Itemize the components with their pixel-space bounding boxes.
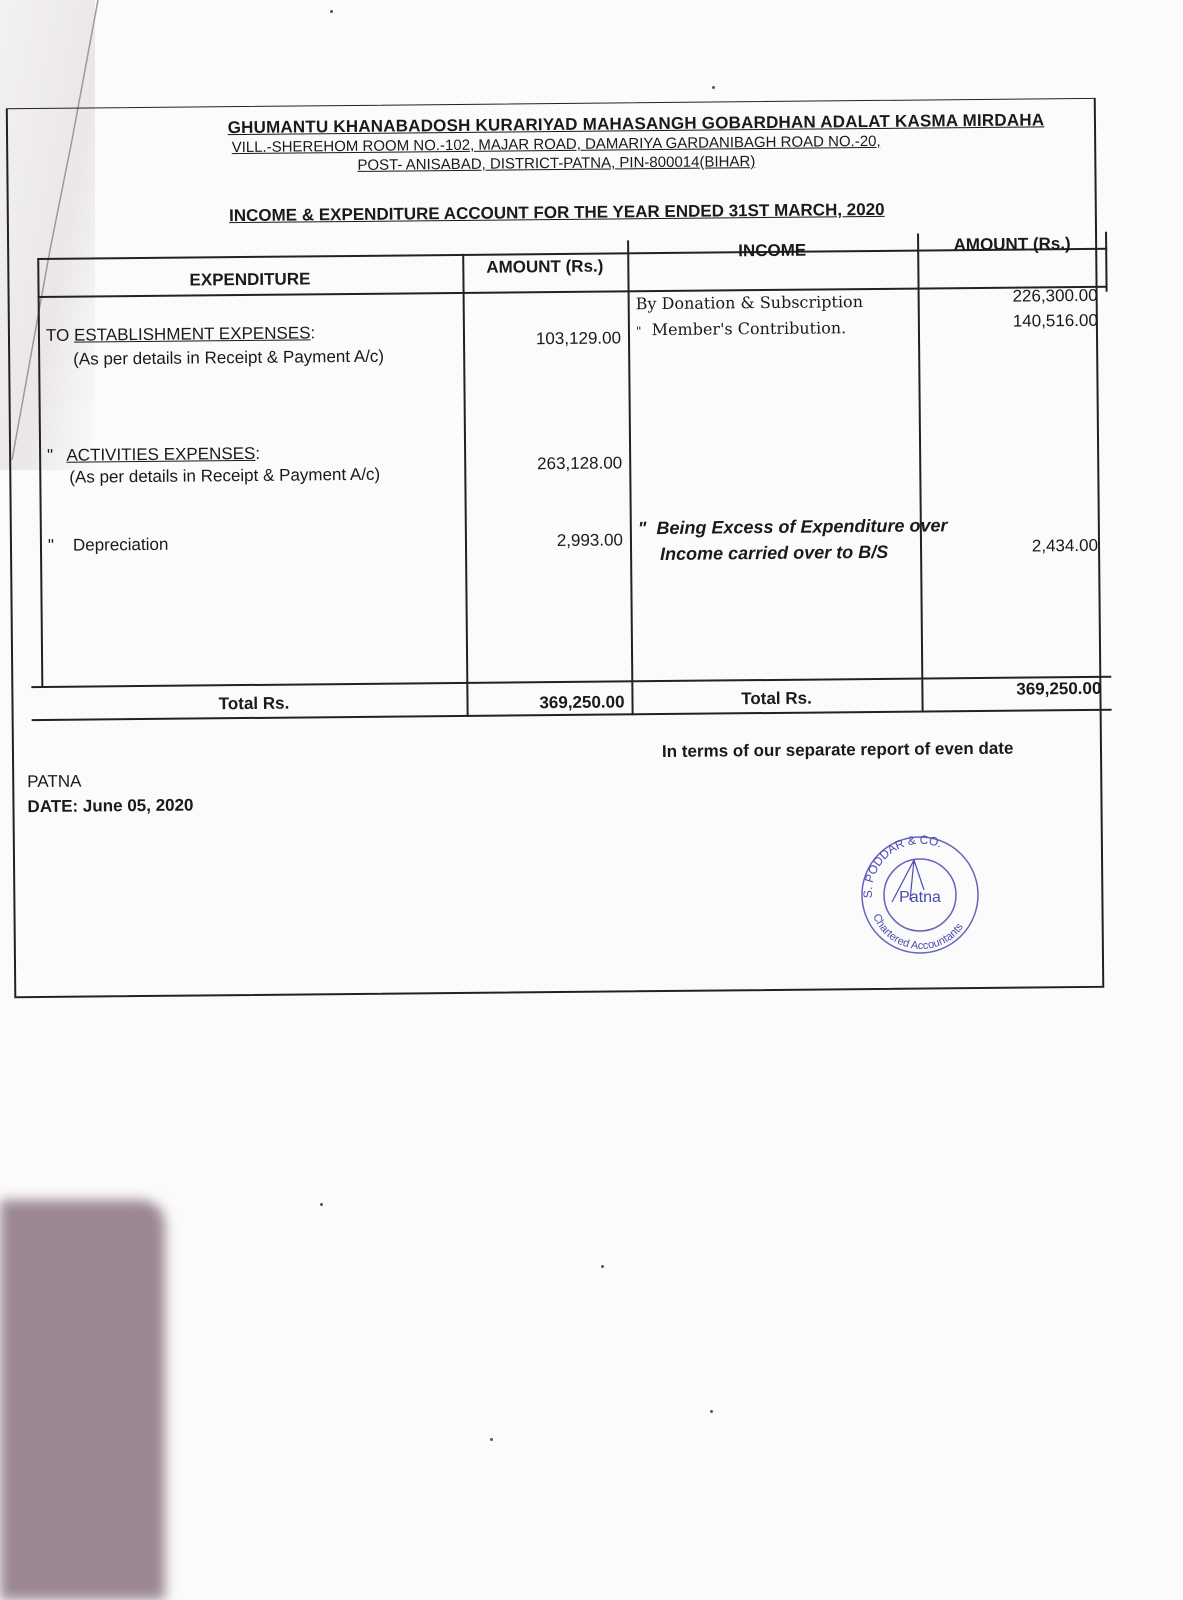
speck	[712, 86, 715, 89]
income-row-donation: By Donation & Subscription	[636, 292, 863, 313]
expenditure-note-establishment: (As per details in Receipt & Payment A/c…	[73, 347, 384, 370]
speck	[320, 1203, 323, 1206]
speck	[601, 1265, 604, 1268]
amount-excess-expenditure: 2,434.00	[920, 536, 1098, 558]
expenditure-row-activities: " ACTIVITIES EXPENSES:	[47, 444, 260, 466]
income-row-member-contribution: " Member's Contribution.	[636, 318, 846, 339]
header-income: INCOME	[627, 240, 917, 263]
amount-member-contribution: 140,516.00	[918, 311, 1098, 333]
date: DATE: June 05, 2020	[27, 796, 193, 818]
total-amount-income: 369,250.00	[921, 679, 1101, 701]
speck	[710, 1410, 713, 1413]
svg-text:Patna: Patna	[899, 889, 941, 906]
total-label-income: Total Rs.	[631, 688, 921, 711]
amount-establishment: 103,129.00	[463, 328, 621, 350]
speck	[330, 10, 333, 13]
place: PATNA	[27, 772, 81, 793]
amount-donation: 226,300.00	[918, 286, 1098, 308]
svg-text:Chartered Accountants: Chartered Accountants	[870, 912, 966, 952]
header-expenditure: EXPENDITURE	[37, 268, 462, 292]
expenditure-row-depreciation: " Depreciation	[48, 535, 169, 556]
expenditure-row-establishment: TO ESTABLISHMENT EXPENSES:	[46, 323, 315, 346]
amount-activities: 263,128.00	[464, 453, 622, 475]
total-amount-expenditure: 369,250.00	[466, 692, 624, 714]
income-expenditure-table: EXPENDITURE AMOUNT (Rs.) INCOME AMOUNT (…	[37, 236, 1112, 721]
auditor-stamp: S. PODDAR & CO. Chartered Accountants Pa…	[852, 830, 987, 955]
expenditure-note-activities: (As per details in Receipt & Payment A/c…	[69, 465, 380, 488]
speck	[490, 1438, 493, 1441]
income-row-excess-expenditure: " Being Excess of Expenditure over	[638, 515, 948, 539]
thumb-shadow	[0, 1200, 165, 1600]
col-rule-1	[462, 254, 468, 717]
header-amount-left: AMOUNT (Rs.)	[462, 256, 627, 278]
col-rule-2	[627, 240, 634, 715]
total-label-expenditure: Total Rs.	[41, 692, 466, 716]
auditor-note: In terms of our separate report of even …	[662, 739, 1014, 762]
header-amount-right: AMOUNT (Rs.)	[917, 234, 1107, 256]
income-excess-line2: Income carried over to B/S	[660, 542, 888, 565]
amount-depreciation: 2,993.00	[465, 530, 623, 552]
